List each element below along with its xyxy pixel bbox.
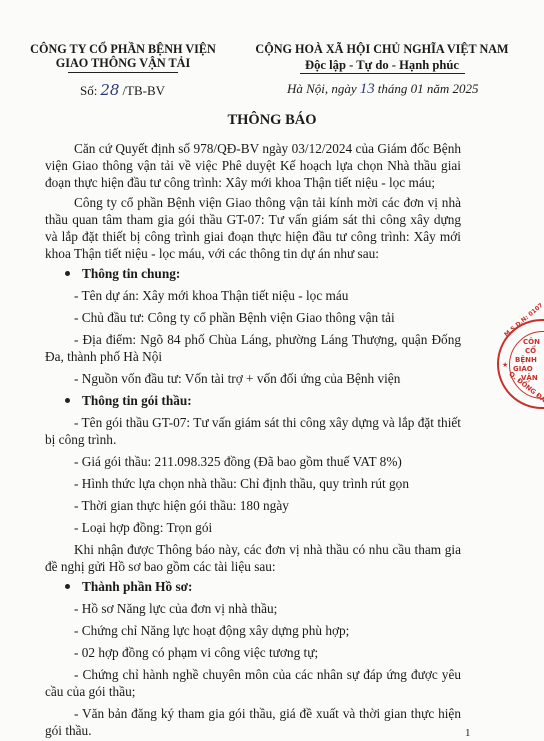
- list-item: - Hình thức lựa chọn nhà thầu: Chỉ định …: [45, 475, 461, 492]
- section-heading-general-info: Thông tin chung:: [65, 265, 461, 282]
- list-item: - Tên dự án: Xây mới khoa Thận tiết niệu…: [45, 287, 461, 304]
- list-item: - Tên gói thầu GT-07: Tư vấn giám sát th…: [45, 414, 461, 448]
- bullet-icon: [65, 398, 70, 403]
- list-item: - Thời gian thực hiện gói thầu: 180 ngày: [45, 497, 461, 514]
- list-item: - Chứng chỉ hành nghề chuyên môn của các…: [45, 666, 461, 700]
- list-item: - 02 hợp đồng có phạm vi công việc tương…: [45, 644, 461, 661]
- national-header: CỘNG HOÀ XÃ HỘI CHỦ NGHĨA VIỆT NAM Độc l…: [232, 42, 532, 74]
- date-suffix: tháng 01 năm 2025: [378, 81, 479, 96]
- org-underline: [68, 72, 178, 73]
- paragraph-submission: Khi nhận được Thông báo này, các đơn vị …: [45, 541, 461, 575]
- national-motto: Độc lập - Tự do - Hạnh phúc: [232, 58, 532, 72]
- list-item: - Chứng chỉ Năng lực hoạt động xây dựng …: [45, 622, 461, 639]
- bullet-icon: [65, 584, 70, 589]
- paragraph-invitation: Công ty cổ phần Bệnh viện Giao thông vận…: [45, 194, 461, 262]
- scan-speck: [264, 379, 266, 382]
- org-name-line2: GIAO THÔNG VẬN TẢI: [24, 56, 222, 70]
- organization-header: CÔNG TY CỔ PHẦN BỆNH VIỆN GIAO THÔNG VẬN…: [24, 42, 222, 73]
- document-title: THÔNG BÁO: [0, 112, 544, 129]
- document-number: Số:28/TB-BV: [80, 81, 165, 99]
- list-item: - Hồ sơ Năng lực của đơn vị nhà thầu;: [45, 600, 461, 617]
- document-body: Căn cứ Quyết định số 978/QĐ-BV ngày 03/1…: [45, 140, 461, 741]
- place-date: Hà Nội, ngày13tháng 01 năm 2025: [287, 81, 478, 98]
- bullet-icon: [65, 271, 70, 276]
- list-item: - Nguồn vốn đầu tư: Vốn tài trợ + vốn đố…: [45, 370, 461, 387]
- document-page: CÔNG TY CỔ PHẦN BỆNH VIỆN GIAO THÔNG VẬN…: [0, 0, 544, 741]
- stamp-center-text: CÔN CỔ BỆNH GIAO VẬN: [513, 338, 544, 383]
- section-heading-dossier: Thành phần Hồ sơ:: [65, 578, 461, 595]
- section-heading-package-info: Thông tin gói thầu:: [65, 392, 461, 409]
- star-icon: ★: [502, 361, 508, 369]
- page-number: 1: [465, 727, 471, 739]
- motto-underline: [300, 73, 465, 74]
- nation-title: CỘNG HOÀ XÃ HỘI CHỦ NGHĨA VIỆT NAM: [232, 42, 532, 56]
- docno-handwritten: 28: [100, 81, 119, 99]
- list-item: - Giá gói thầu: 211.098.325 đồng (Đã bao…: [45, 453, 461, 470]
- list-item: - Chủ đầu tư: Công ty cổ phần Bệnh viện …: [45, 309, 461, 326]
- docno-prefix: Số:: [80, 83, 97, 98]
- paragraph-legal-basis: Căn cứ Quyết định số 978/QĐ-BV ngày 03/1…: [45, 140, 461, 191]
- date-prefix: Hà Nội, ngày: [287, 81, 357, 96]
- company-seal-stamp: M.S.D.N: 0107 ★ Q. ĐỐNG ĐA CÔN CỔ BỆNH G…: [497, 319, 544, 409]
- list-item: - Địa điểm: Ngõ 84 phố Chùa Láng, phường…: [45, 331, 461, 365]
- list-item: - Loại hợp đồng: Trọn gói: [45, 519, 461, 536]
- list-item: - Văn bản đăng ký tham gia gói thầu, giá…: [45, 705, 461, 739]
- org-name-line1: CÔNG TY CỔ PHẦN BỆNH VIỆN: [24, 42, 222, 56]
- docno-suffix: /TB-BV: [122, 83, 165, 98]
- date-day-handwritten: 13: [360, 81, 375, 97]
